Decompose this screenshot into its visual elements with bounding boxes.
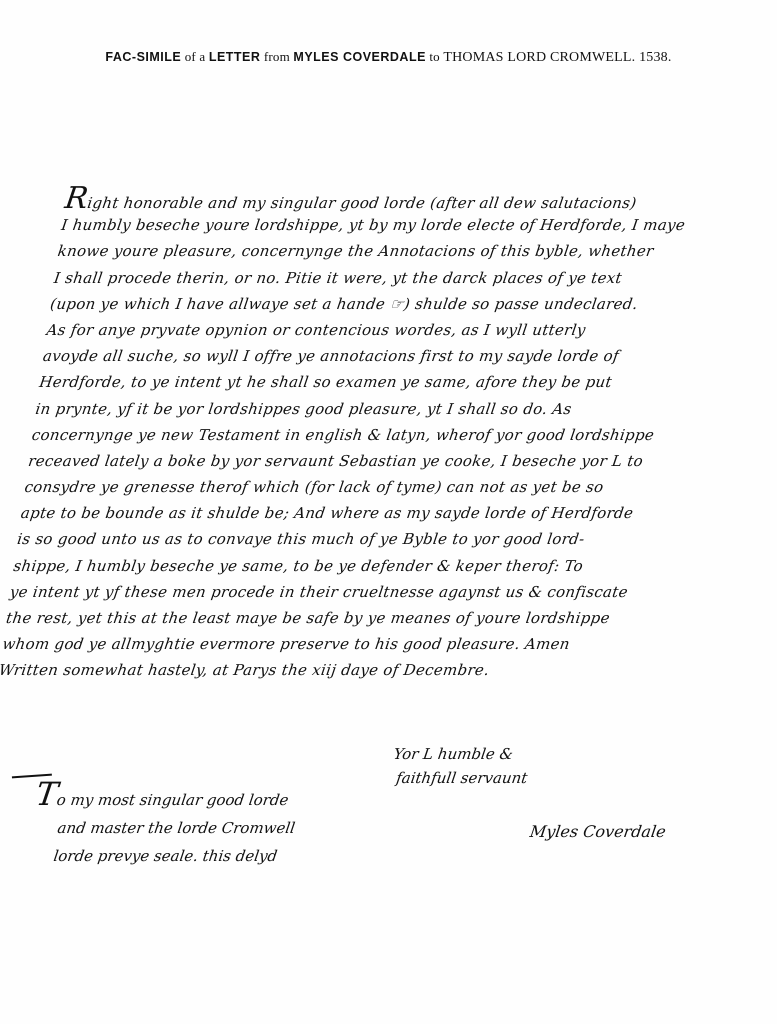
title-author: MYLES COVERDALE bbox=[293, 50, 426, 64]
title-letter: LETTER bbox=[209, 50, 261, 64]
title-facsimile: FAC-SIMILE bbox=[105, 50, 181, 64]
title-recipient-date: THOMAS LORD CROMWELL. 1538. bbox=[443, 50, 671, 65]
letter-signoff: Yor L humble & faithfull servaunt bbox=[389, 742, 533, 790]
letter-line: avoyde all suche, so wyll I offre ye ann… bbox=[41, 343, 775, 369]
title-of-a: of a bbox=[181, 49, 209, 64]
address-line: and master the lorde Cromwell bbox=[10, 814, 297, 842]
letter-line: I humbly beseche youre lordshippe, yt by… bbox=[60, 212, 777, 238]
letter-line: Written somewhat hastely, at Parys the x… bbox=[0, 657, 731, 683]
letter-line: receaved lately a boke by yor servaunt S… bbox=[26, 448, 760, 474]
letter-line: consydre ye grenesse therof which (for l… bbox=[23, 474, 757, 500]
page-title: FAC-SIMILE of a LETTER from MYLES COVERD… bbox=[0, 49, 777, 66]
signoff-line: Yor L humble & bbox=[392, 742, 532, 766]
letter-line: is so good unto us as to convaye this mu… bbox=[15, 526, 749, 552]
document-page: FAC-SIMILE of a LETTER from MYLES COVERD… bbox=[0, 0, 777, 1024]
letter-line: concernynge ye new Testament in english … bbox=[30, 422, 764, 448]
title-to: to bbox=[426, 49, 443, 64]
letter-address: To my most singular good lorde and maste… bbox=[6, 780, 302, 870]
signoff-line: faithfull servaunt bbox=[389, 766, 529, 790]
letter-line: the rest, yet this at the least maye be … bbox=[4, 605, 738, 631]
letter-line: whom god ye allmyghtie evermore preserve… bbox=[1, 631, 735, 657]
letter-line: ye intent yt yf these men procede in the… bbox=[8, 579, 742, 605]
address-line: To my most singular good lorde bbox=[14, 780, 302, 814]
address-line: lorde prevye seale. this delyd bbox=[6, 842, 293, 870]
letter-line: As for anye pryvate opynion or contencio… bbox=[45, 317, 777, 343]
title-from: from bbox=[260, 49, 293, 64]
letter-line: in prynte, yf it be yor lordshippes good… bbox=[34, 396, 768, 422]
letter-line: (upon ye which I have allwaye set a hand… bbox=[49, 291, 777, 317]
letter-line: knowe youre pleasure, concernynge the An… bbox=[56, 238, 777, 264]
letter-line: shippe, I humbly beseche ye same, to be … bbox=[12, 553, 746, 579]
letter-line: apte to be bounde as it shulde be; And w… bbox=[19, 500, 753, 526]
letter-line: I shall procede therin, or no. Pitie it … bbox=[52, 265, 777, 291]
letter-line: Herdforde, to ye intent yt he shall so e… bbox=[38, 369, 772, 395]
letter-line: Right honorable and my singular good lor… bbox=[63, 186, 777, 212]
signature: Myles Coverdale bbox=[529, 822, 667, 841]
letter-body: Right honorable and my singular good lor… bbox=[0, 186, 777, 684]
